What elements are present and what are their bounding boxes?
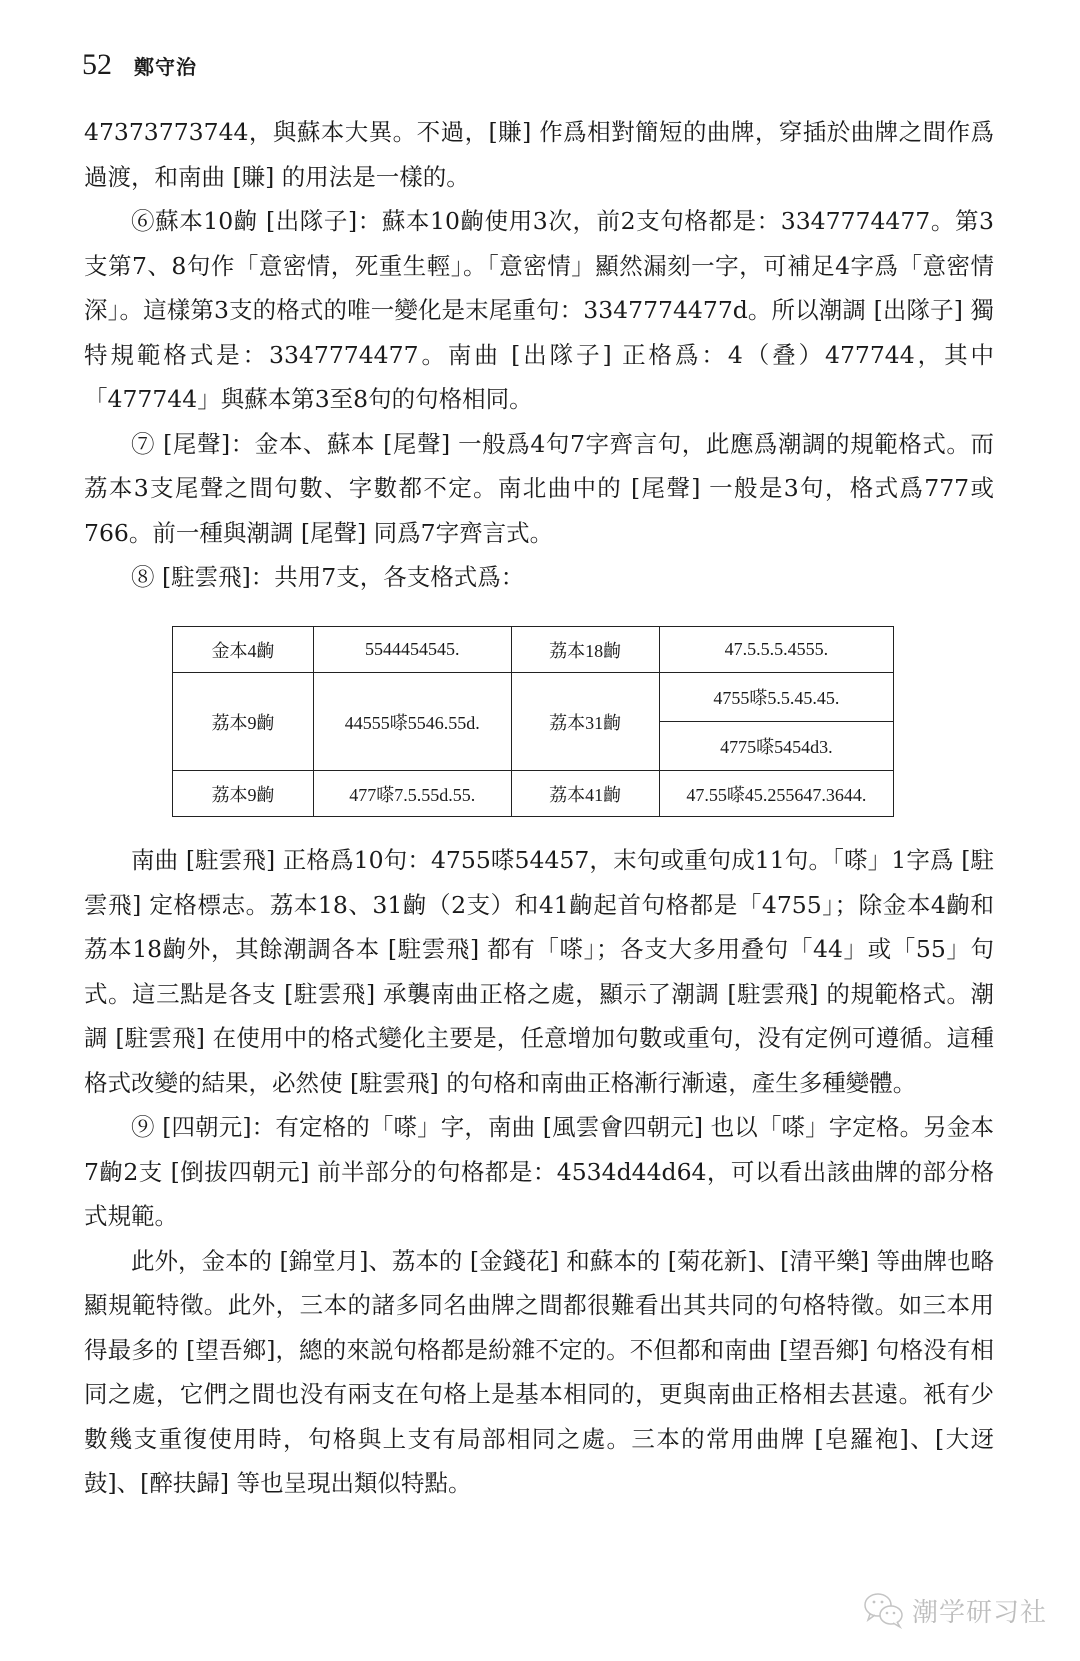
table-cell-value: 5544454545. (314, 627, 512, 673)
paragraph: 47373773744，與蘇本大異。不過，[賺] 作爲相對簡短的曲牌，穿插於曲牌… (84, 110, 994, 199)
body-text-top: 47373773744，與蘇本大異。不過，[賺] 作爲相對簡短的曲牌，穿插於曲牌… (84, 110, 994, 600)
paragraph-sichaoyuan: ⑨ [四朝元]：有定格的「嗏」字，南曲 [風雲會四朝元] 也以「嗏」字定格。另金… (84, 1105, 994, 1239)
paragraph-weisheng: ⑦ [尾聲]：金本、蘇本 [尾聲] 一般爲4句7字齊言句，此應爲潮調的規範格式。… (84, 422, 994, 556)
table-cell-value: 47.55嗏45.255647.3644. (659, 771, 893, 817)
paragraph-chudui-zi: ⑥蘇本10齣 [出隊子]：蘇本10齣使用3次，前2支句格都是：334777447… (84, 199, 994, 422)
table-cell-label: 荔本9齣 (173, 771, 314, 817)
page-number: 52 (82, 48, 112, 82)
table-row: 荔本9齣 477嗏7.5.55d.55. 荔本41齣 47.55嗏45.2556… (173, 771, 894, 817)
table-cell-value: 4775嗏5454d3. (659, 722, 893, 771)
table-cell-value: 4755嗏5.5.45.45. (659, 673, 893, 722)
table-cell-value: 477嗏7.5.55d.55. (314, 771, 512, 817)
wechat-icon (862, 1590, 906, 1630)
watermark: 潮学研习社 (862, 1590, 1047, 1630)
table-cell-label: 荔本41齣 (511, 771, 659, 817)
table-cell-label: 荔本31齣 (511, 673, 659, 771)
table-row: 金本4齣 5544454545. 荔本18齣 47.5.5.5.4555. (173, 627, 894, 673)
paragraph-other-qupai: 此外，金本的 [錦堂月]、荔本的 [金錢花] 和蘇本的 [菊花新]、[清平樂] … (84, 1239, 994, 1506)
table-cell-label: 金本4齣 (173, 627, 314, 673)
watermark-text: 潮学研习社 (912, 1592, 1047, 1629)
running-head-author: 鄭守治 (134, 51, 197, 80)
page-header: 52 鄭守治 (82, 48, 197, 82)
table-row: 荔本9齣 44555嗏5546.55d. 荔本31齣 4755嗏5.5.45.4… (173, 673, 894, 722)
paragraph-zhuyunfei-intro: ⑧ [駐雲飛]：共用7支，各支格式爲： (84, 555, 994, 600)
table-cell-value: 47.5.5.5.4555. (659, 627, 893, 673)
table-cell-value: 44555嗏5546.55d. (314, 673, 512, 771)
table-cell-label: 荔本18齣 (511, 627, 659, 673)
body-text-bottom: 南曲 [駐雲飛] 正格爲10句：4755嗏54457，末句或重句成11句。「嗏」… (84, 838, 994, 1506)
paragraph-nanqu-zhuyunfei: 南曲 [駐雲飛] 正格爲10句：4755嗏54457，末句或重句成11句。「嗏」… (84, 838, 994, 1105)
zhuyunfei-pattern-table: 金本4齣 5544454545. 荔本18齣 47.5.5.5.4555. 荔本… (172, 626, 894, 817)
table-cell-label: 荔本9齣 (173, 673, 314, 771)
